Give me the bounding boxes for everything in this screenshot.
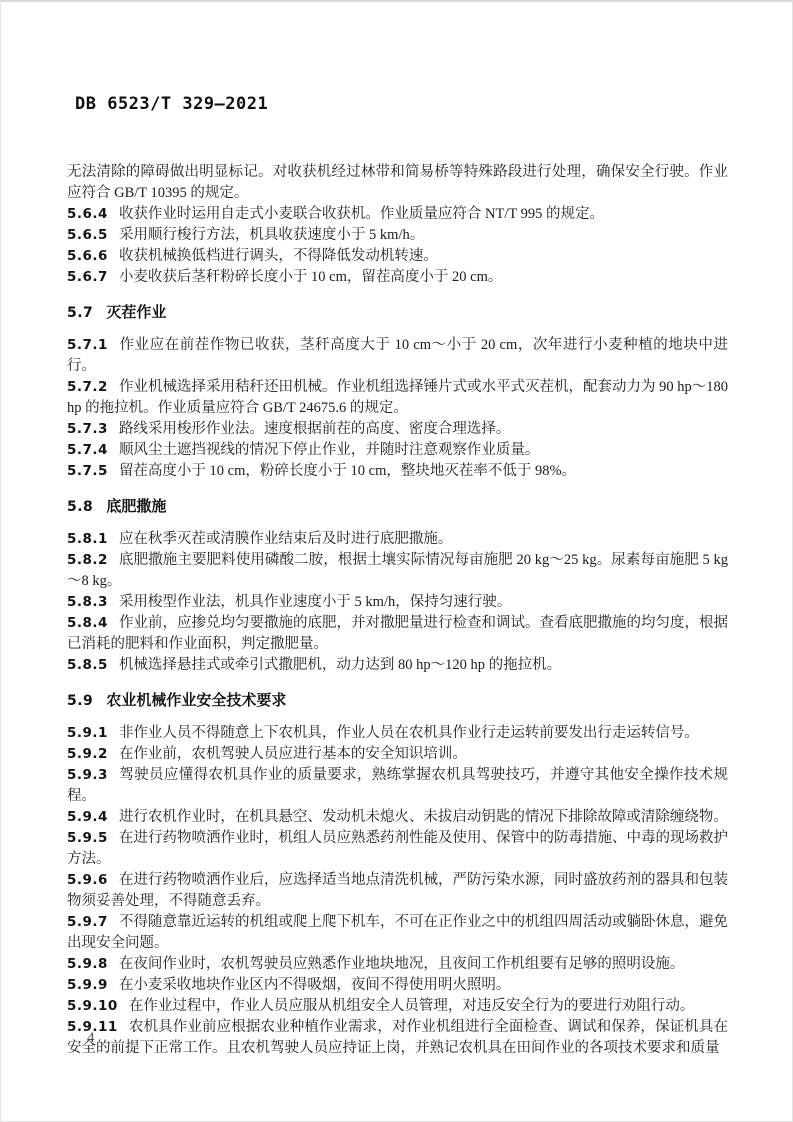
clause-paragraph: 5.8.1应在秋季灭茬或清膜作业结束后及时进行底肥撒施。 xyxy=(67,529,728,550)
clause-paragraph: 5.6.6收获机械换低档进行调头，不得降低发动机转速。 xyxy=(67,246,728,267)
page-number: 4 xyxy=(87,1030,95,1047)
clause-paragraph: 5.9.11农机具作业前应根据农业种植作业需求，对作业机组进行全面检查、调试和保… xyxy=(67,1017,728,1059)
clause-paragraph: 5.9.7不得随意靠近运转的机组或爬上爬下机车，不可在正作业之中的机组四周活动或… xyxy=(67,912,728,954)
clause-number: 5.9.7 xyxy=(67,914,108,930)
clause-paragraph: 5.9.8在夜间作业时，农机驾驶员应熟悉作业地块地况，且夜间工作机组要有足够的照… xyxy=(67,954,728,975)
paragraph-text: 采用梭型作业法，机具作业速度小于 5 km/h，保持匀速行驶。 xyxy=(119,594,511,610)
paragraph-text: 作业前，应掺兑均匀要撒施的底肥，并对撒肥量进行检查和调试。查看底肥撒施的均匀度，… xyxy=(67,615,728,652)
clause-number: 5.9.2 xyxy=(67,746,108,762)
clause-paragraph: 5.9.9在小麦采收地块作业区内不得吸烟，夜间不得使用明火照明。 xyxy=(67,975,728,996)
paragraph-text: 不得随意靠近运转的机组或爬上爬下机车，不可在正作业之中的机组四周活动或躺卧休息，… xyxy=(67,914,728,951)
paragraph-text: 在进行药物喷洒作业后，应选择适当地点清洗机械，严防污染水源，同时盛放药剂的器具和… xyxy=(67,872,728,909)
clause-paragraph: 5.9.1非作业人员不得随意上下农机具，作业人员在农机具作业行走运转前要发出行走… xyxy=(67,723,728,744)
clause-number: 5.9.4 xyxy=(67,809,108,825)
clause-paragraph: 5.7.1作业应在前茬作物已收获，茎秆高度大于 10 cm～小于 20 cm，次… xyxy=(67,335,728,377)
clause-number: 5.7.3 xyxy=(67,421,108,437)
clause-paragraph: 5.9.5在进行药物喷洒作业时，机组人员应熟悉药剂性能及使用、保管中的防毒措施、… xyxy=(67,828,728,870)
clause-paragraph: 5.7.5留茬高度小于 10 cm，粉碎长度小于 10 cm，整块地灭茬率不低于… xyxy=(67,461,728,482)
paragraph-text: 小麦收获后茎秆粉碎长度小于 10 cm，留茬高度小于 20 cm。 xyxy=(119,269,502,285)
clause-number: 5.9.9 xyxy=(67,977,108,993)
paragraph-text: 路线采用梭形作业法。速度根据前茬的高度、密度合理选择。 xyxy=(119,421,511,437)
clause-number: 5.6.5 xyxy=(67,227,108,243)
paragraph-text: 应在秋季灭茬或清膜作业结束后及时进行底肥撒施。 xyxy=(119,531,453,547)
paragraph-text: 驾驶员应懂得农机具作业的质量要求，熟练掌握农机具驾驶技巧，并遵守其他安全操作技术… xyxy=(67,767,728,804)
clause-number: 5.8.4 xyxy=(67,615,108,631)
paragraph-text: 顺风尘土遮挡视线的情况下停止作业，并随时注意观察作业质量。 xyxy=(119,442,540,458)
paragraph-text: 留茬高度小于 10 cm，粉碎长度小于 10 cm，整块地灭茬率不低于 98%。 xyxy=(119,463,576,479)
clause-number: 5.7.4 xyxy=(67,442,108,458)
clause-paragraph: 5.8.5机械选择悬挂式或牵引式撒肥机，动力达到 80 hp～120 hp 的拖… xyxy=(67,655,728,676)
standard-number-header: DB 6523/T 329—2021 xyxy=(75,94,268,114)
section-heading: 5.8底肥撒施 xyxy=(67,496,728,518)
section-heading: 5.9农业机械作业安全技术要求 xyxy=(67,690,728,712)
clause-paragraph: 5.9.2在作业前，农机驾驶人员应进行基本的安全知识培训。 xyxy=(67,744,728,765)
section-heading: 5.7灭茬作业 xyxy=(67,302,728,324)
paragraph-text: 在进行药物喷洒作业时，机组人员应熟悉药剂性能及使用、保管中的防毒措施、中毒的现场… xyxy=(67,830,728,867)
section-heading-text: 灭茬作业 xyxy=(106,303,166,321)
clause-number: 5.7 xyxy=(67,305,93,321)
clause-number: 5.8.3 xyxy=(67,594,108,610)
clause-paragraph: 5.9.6在进行药物喷洒作业后，应选择适当地点清洗机械，严防污染水源，同时盛放药… xyxy=(67,870,728,912)
paragraph-text: 在作业过程中，作业人员应服从机组安全人员管理，对违反安全行为的要进行劝阻行动。 xyxy=(129,998,695,1014)
document-page: DB 6523/T 329—2021 无法清除的障碍做出明显标记。对收获机经过林… xyxy=(0,0,793,1122)
paragraph-text: 非作业人员不得随意上下农机具，作业人员在农机具作业行走运转前要发出行走运转信号。 xyxy=(119,725,699,741)
clause-paragraph: 5.9.3驾驶员应懂得农机具作业的质量要求，熟练掌握农机具驾驶技巧，并遵守其他安… xyxy=(67,765,728,807)
clause-number: 5.6.7 xyxy=(67,269,108,285)
clause-number: 5.7.5 xyxy=(67,463,108,479)
paragraph-text: 作业应在前茬作物已收获，茎秆高度大于 10 cm～小于 20 cm，次年进行小麦… xyxy=(67,337,728,374)
paragraph-text: 底肥撒施主要肥料使用磷酸二胺，根据土壤实际情况每亩施肥 20 kg～25 kg。… xyxy=(67,552,728,589)
paragraph-text: 在作业前，农机驾驶人员应进行基本的安全知识培训。 xyxy=(119,746,467,762)
clause-paragraph: 5.6.4收获作业时运用自走式小麦联合收获机。作业质量应符合 NT/T 995 … xyxy=(67,204,728,225)
clause-number: 5.8 xyxy=(67,499,93,515)
clause-paragraph: 5.9.10在作业过程中，作业人员应服从机组安全人员管理，对违反安全行为的要进行… xyxy=(67,996,728,1017)
clause-number: 5.9.1 xyxy=(67,725,108,741)
paragraph-text: 无法清除的障碍做出明显标记。对收获机经过林带和简易桥等特殊路段进行处理，确保安全… xyxy=(67,164,728,201)
clause-number: 5.6.6 xyxy=(67,248,108,264)
paragraph-text: 在夜间作业时，农机驾驶员应熟悉作业地块地况，且夜间工作机组要有足够的照明设施。 xyxy=(119,956,685,972)
clause-number: 5.9.3 xyxy=(67,767,108,783)
clause-paragraph: 5.9.4进行农机作业时，在机具悬空、发动机未熄火、未拔启动钥匙的情况下排除故障… xyxy=(67,807,728,828)
paragraph-text: 收获机械换低档进行调头，不得降低发动机转速。 xyxy=(119,248,438,264)
clause-number: 5.7.1 xyxy=(67,337,108,353)
clause-number: 5.9 xyxy=(67,693,93,709)
clause-number: 5.8.2 xyxy=(67,552,108,568)
section-heading-text: 农业机械作业安全技术要求 xyxy=(106,691,286,709)
paragraph-text: 采用顺行梭行方法，机具收获速度小于 5 km/h。 xyxy=(119,227,424,243)
clause-paragraph: 5.8.4作业前，应掺兑均匀要撒施的底肥，并对撒肥量进行检查和调试。查看底肥撒施… xyxy=(67,613,728,655)
paragraph-text: 机械选择悬挂式或牵引式撒肥机，动力达到 80 hp～120 hp 的拖拉机。 xyxy=(119,657,561,673)
clause-paragraph: 5.7.2作业机械选择采用秸秆还田机械。作业机组选择锤片式或水平式灭茬机，配套动… xyxy=(67,377,728,419)
clause-number: 5.9.8 xyxy=(67,956,108,972)
paragraph-text: 作业机械选择采用秸秆还田机械。作业机组选择锤片式或水平式灭茬机，配套动力为 90… xyxy=(67,379,728,416)
clause-paragraph: 5.6.7小麦收获后茎秆粉碎长度小于 10 cm，留茬高度小于 20 cm。 xyxy=(67,267,728,288)
clause-number: 5.7.2 xyxy=(67,379,108,395)
clause-number: 5.9.10 xyxy=(67,998,118,1014)
clause-paragraph: 5.8.3采用梭型作业法，机具作业速度小于 5 km/h，保持匀速行驶。 xyxy=(67,592,728,613)
clause-paragraph: 5.6.5采用顺行梭行方法，机具收获速度小于 5 km/h。 xyxy=(67,225,728,246)
paragraph-text: 进行农机作业时，在机具悬空、发动机未熄火、未拔启动钥匙的情况下排除故障或清除缠绕… xyxy=(119,809,728,825)
clause-number: 5.9.6 xyxy=(67,872,108,888)
clause-number: 5.8.5 xyxy=(67,657,108,673)
section-heading-text: 底肥撒施 xyxy=(106,497,166,515)
paragraph-text: 农机具作业前应根据农业种植作业需求，对作业机组进行全面检查、调试和保养，保证机具… xyxy=(67,1019,728,1056)
continuation-paragraph: 无法清除的障碍做出明显标记。对收获机经过林带和简易桥等特殊路段进行处理，确保安全… xyxy=(67,162,728,204)
clause-paragraph: 5.8.2底肥撒施主要肥料使用磷酸二胺，根据土壤实际情况每亩施肥 20 kg～2… xyxy=(67,550,728,592)
clause-paragraph: 5.7.4顺风尘土遮挡视线的情况下停止作业，并随时注意观察作业质量。 xyxy=(67,440,728,461)
clause-paragraph: 5.7.3路线采用梭形作业法。速度根据前茬的高度、密度合理选择。 xyxy=(67,419,728,440)
document-body: 无法清除的障碍做出明显标记。对收获机经过林带和简易桥等特殊路段进行处理，确保安全… xyxy=(67,162,728,1059)
clause-number: 5.6.4 xyxy=(67,206,108,222)
clause-number: 5.8.1 xyxy=(67,531,108,547)
paragraph-text: 在小麦采收地块作业区内不得吸烟，夜间不得使用明火照明。 xyxy=(119,977,511,993)
clause-number: 5.9.5 xyxy=(67,830,108,846)
paragraph-text: 收获作业时运用自走式小麦联合收获机。作业质量应符合 NT/T 995 的规定。 xyxy=(119,206,604,222)
